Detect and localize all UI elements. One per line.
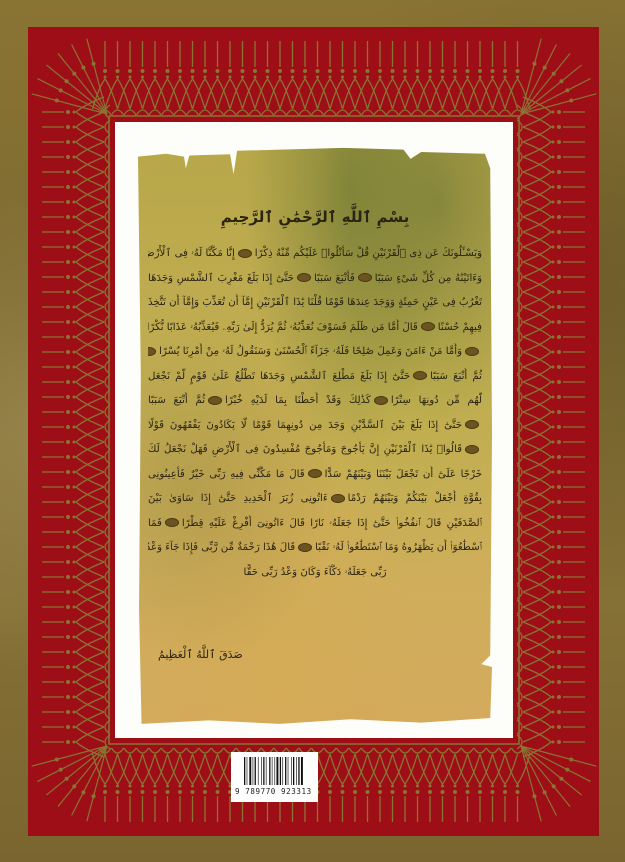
- verse-line: فِيهِمْ حُسْنًاقَالَ أَمَّا مَن ظَلَمَ ف…: [148, 319, 482, 337]
- red-ornamental-panel: بِسْمِ ٱللَّهِ ٱلرَّحْمَٰنِ ٱلرَّحِيمِ و…: [28, 27, 599, 836]
- verse-line: وَيَسْـَٔلُونَكَ عَن ذِى ٱلْقَرْنَيْنِ ق…: [148, 245, 482, 263]
- barcode-number: 9 789770 923313: [235, 787, 312, 796]
- verse-end-marker-icon: [238, 249, 252, 258]
- verse-line: ٱلصَّدَفَيْنِ قَالَ ٱنفُخُوا۟ حَتَّىٰٓ إ…: [148, 515, 482, 533]
- verse-end-marker-icon: [208, 396, 222, 405]
- verse-line: لَّهُم مِّن دُونِهَا سِتْرًاكَذَٰلِكَ وَ…: [148, 392, 482, 410]
- verse-end-marker-icon: [358, 273, 372, 282]
- verse-end-marker-icon: [465, 445, 479, 454]
- verse-line: قَالُوا۟ يَٰذَا ٱلْقَرْنَيْنِ إِنَّ يَأْ…: [148, 441, 482, 459]
- verse-line: ٱسْطَٰعُوٓا۟ أَن يَظْهَرُوهُ وَمَا ٱسْتَ…: [148, 539, 482, 557]
- verse-end-marker-icon: [465, 347, 479, 356]
- verse-line: ثُمَّ أَتْبَعَ سَبَبًاحَتَّىٰٓ إِذَا بَل…: [148, 368, 482, 386]
- verse-end-marker-icon: [331, 494, 345, 503]
- parchment-manuscript: بِسْمِ ٱللَّهِ ٱلرَّحْمَٰنِ ٱلرَّحِيمِ و…: [138, 145, 492, 725]
- verse-end-marker-icon: [298, 543, 312, 552]
- quran-text-block: بِسْمِ ٱللَّهِ ٱلرَّحْمَٰنِ ٱلرَّحِيمِ و…: [138, 145, 492, 725]
- verse-end-marker-icon: [308, 469, 322, 478]
- verse-line: خَرْجًا عَلَىٰٓ أَن تَجْعَلَ بَيْنَنَا و…: [148, 466, 482, 484]
- verse-end-marker-icon: [165, 518, 179, 527]
- isbn-barcode: 9 789770 923313: [231, 752, 318, 802]
- barcode-bars: [243, 757, 308, 785]
- manuscript-window: بِسْمِ ٱللَّهِ ٱلرَّحْمَٰنِ ٱلرَّحِيمِ و…: [115, 122, 513, 738]
- verse-end-marker-icon: [297, 273, 311, 282]
- verse-end-marker-icon: [374, 396, 388, 405]
- verse-line: وَأَمَّا مَنْ ءَامَنَ وَعَمِلَ صَٰلِحًا …: [148, 343, 482, 361]
- verse-end-marker-icon: [413, 371, 427, 380]
- verse-end-marker-icon: [465, 420, 479, 429]
- basmala-heading: بِسْمِ ٱللَّهِ ٱلرَّحْمَٰنِ ٱلرَّحِيمِ: [138, 208, 492, 226]
- verse-line: حَتَّىٰٓ إِذَا بَلَغَ بَيْنَ ٱلسَّدَّيْن…: [148, 417, 482, 435]
- verse-end-marker-icon: [421, 322, 435, 331]
- verse-end-marker-icon: [148, 347, 156, 356]
- closing-phrase: صَدَقَ ٱللَّهُ ٱلْعَظِيمُ: [158, 648, 243, 661]
- verse-line: وَءَاتَيْنَٰهُ مِن كُلِّ شَىْءٍ سَبَبًاف…: [148, 270, 482, 288]
- verse-line: تَغْرُبُ فِى عَيْنٍ حَمِئَةٍ وَوَجَدَ عِ…: [148, 294, 482, 312]
- verse-line: بِقُوَّةٍ أَجْعَلْ بَيْنَكُمْ وَبَيْنَهُ…: [148, 490, 482, 508]
- verse-line: رَبِّى جَعَلَهُۥ دَكَّآءَ وَكَانَ وَعْدُ…: [148, 564, 482, 582]
